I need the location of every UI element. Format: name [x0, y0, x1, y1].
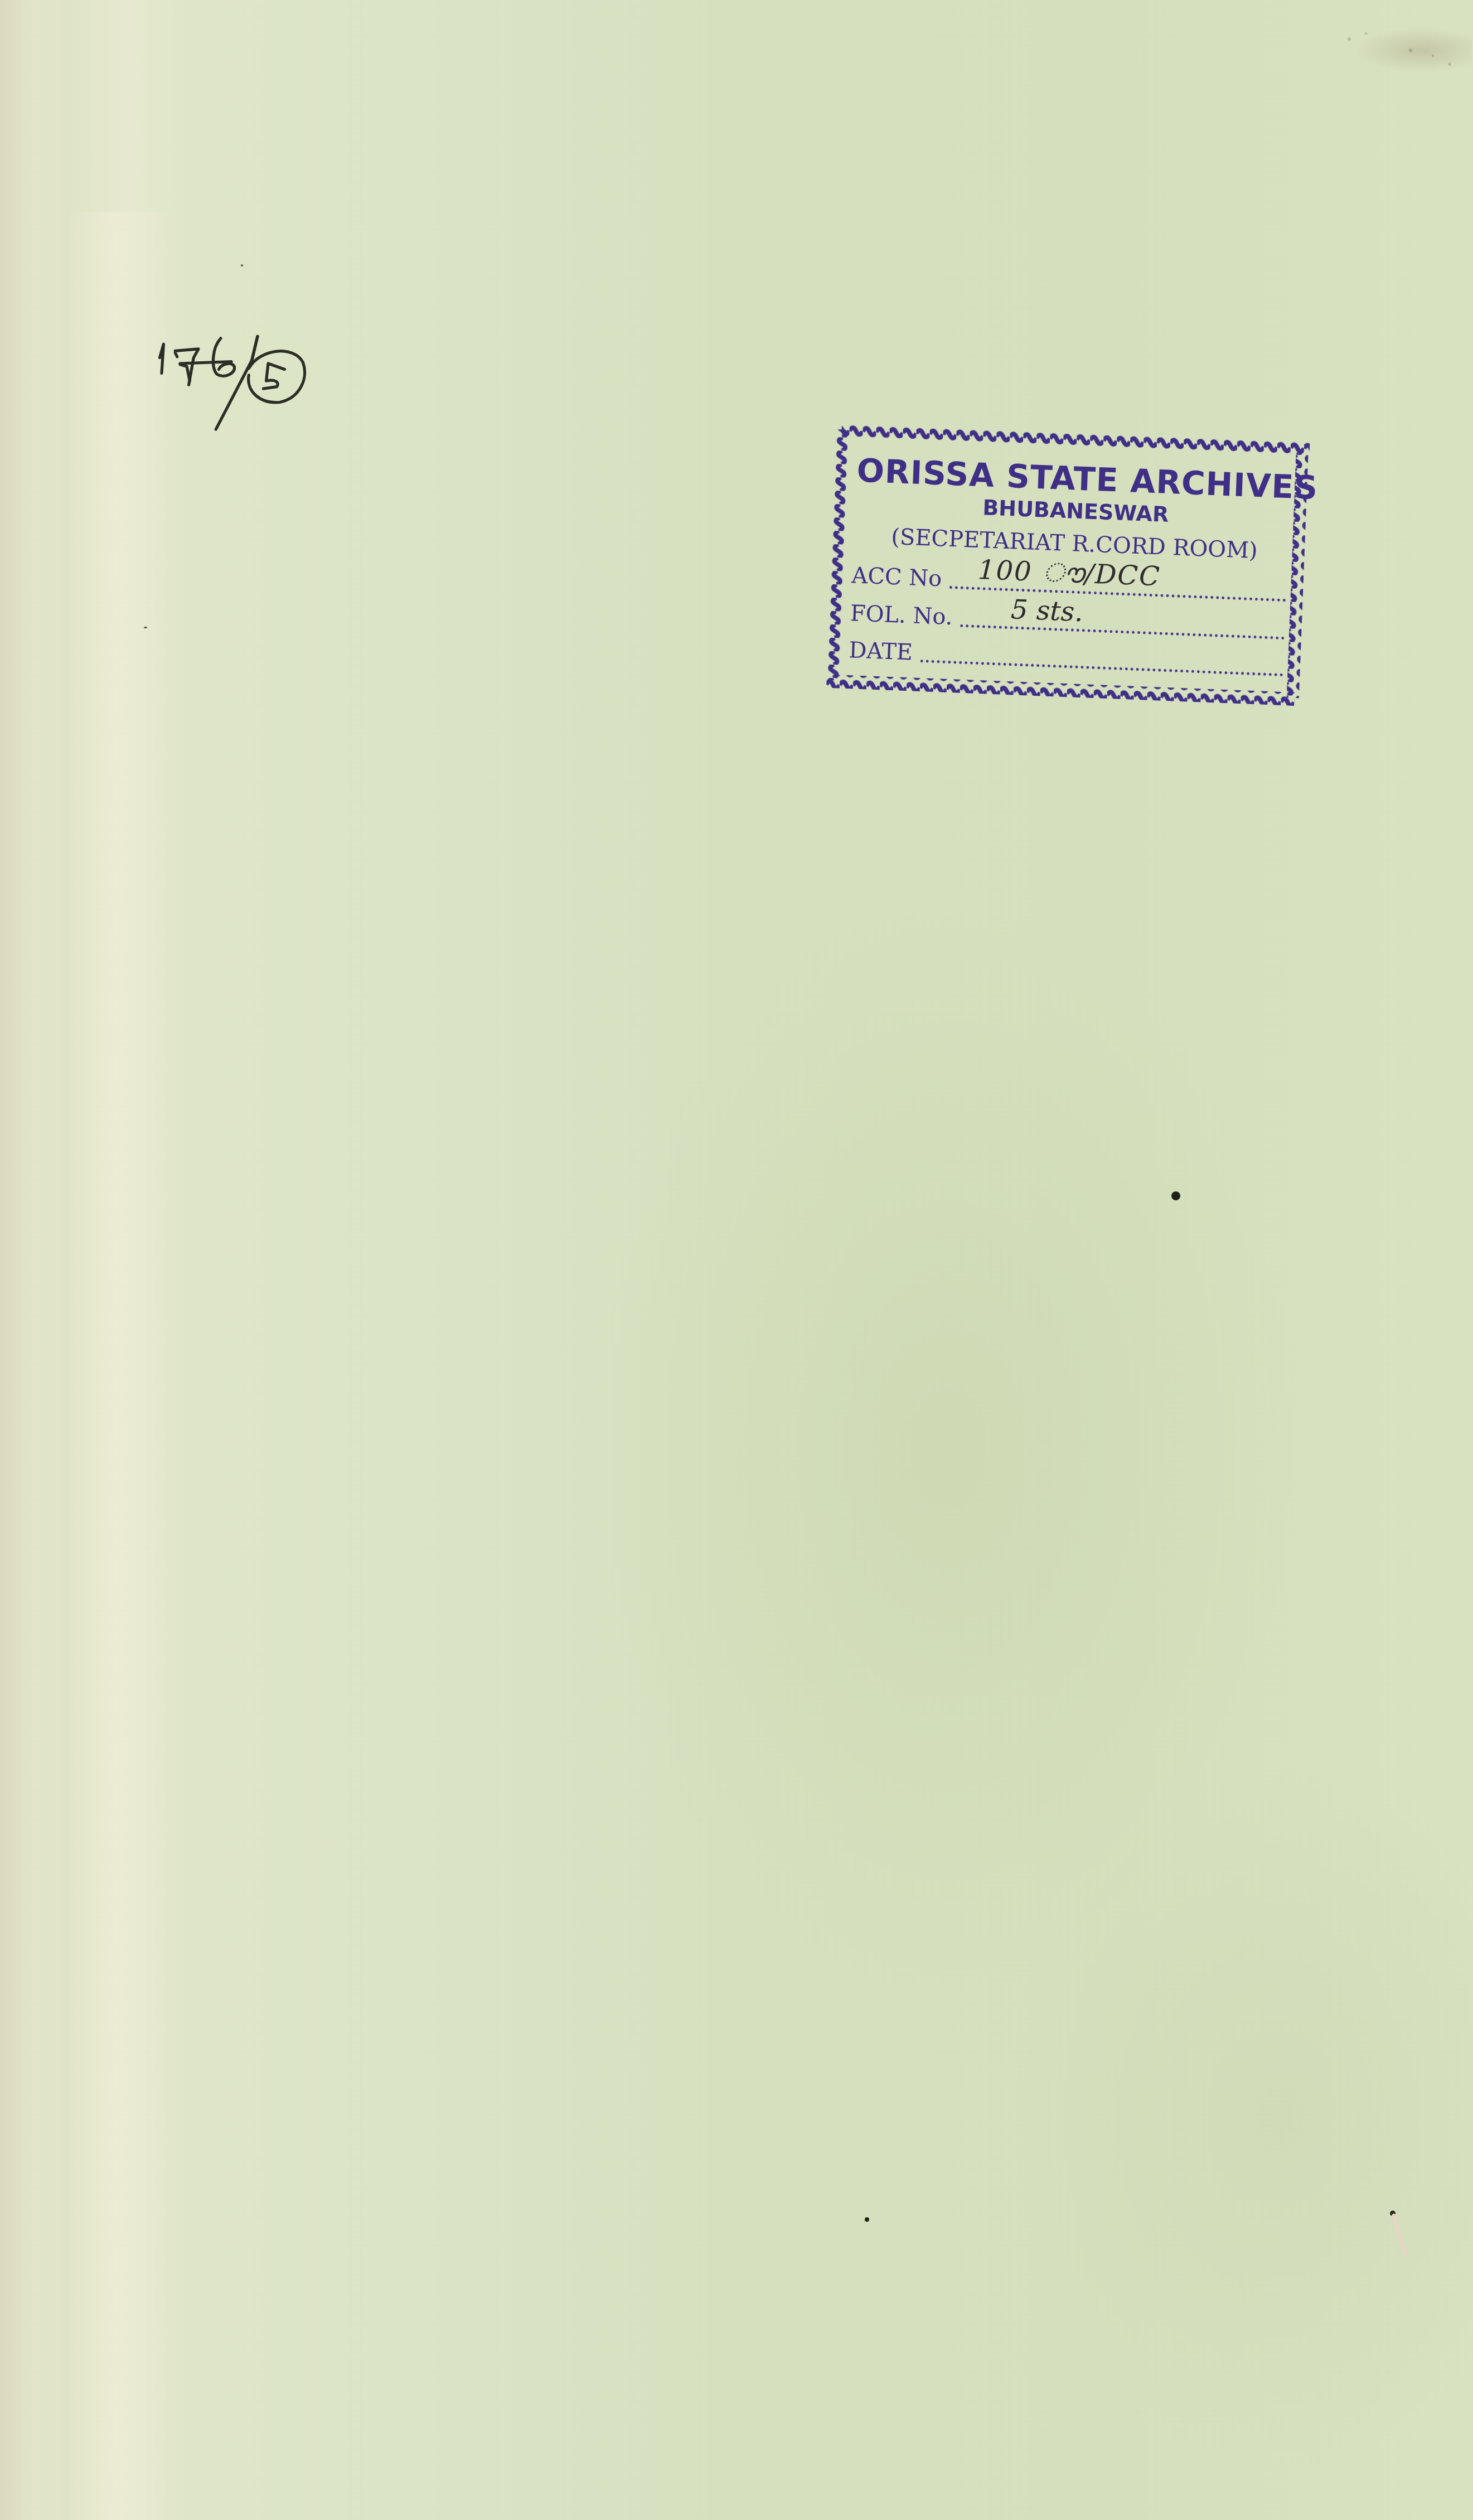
ink-dot-mark-small: [865, 2217, 869, 2222]
fol-no-value: 5 sts.: [1010, 594, 1084, 628]
binding-margin-strip: [67, 212, 178, 2520]
handwriting-176-5-icon: [139, 318, 323, 446]
archive-stamp: ORISSA STATE ARCHIVES BHUBANESWAR (SECPE…: [826, 424, 1316, 710]
acc-no-value: 100 ൗ/DCC: [977, 554, 1161, 593]
foxing-stain: [1327, 11, 1472, 72]
paper-edge-shadow: [0, 0, 33, 2520]
speck-mark: [241, 264, 243, 266]
fol-no-label: FOL. No.: [850, 600, 953, 630]
paper-tear-mark: [1388, 2208, 1411, 2258]
handwritten-file-number: 176/5: [139, 318, 323, 446]
ink-dot-mark: [1171, 1191, 1180, 1200]
acc-no-label: ACC No: [851, 563, 943, 592]
speck-mark-left: [144, 627, 147, 628]
date-label: DATE: [849, 637, 913, 665]
